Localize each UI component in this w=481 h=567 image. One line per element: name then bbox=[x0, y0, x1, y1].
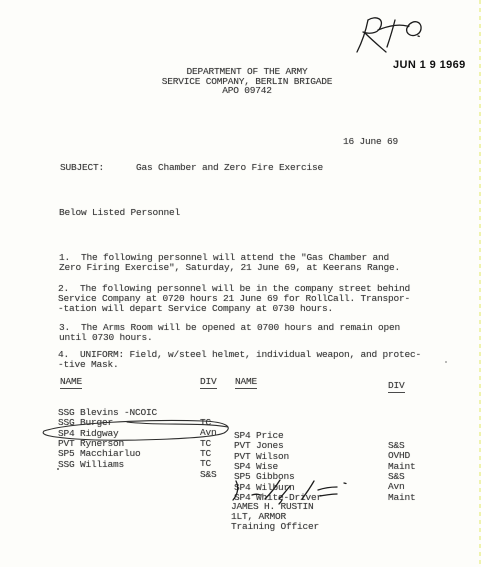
roster-header-div-left: DIV bbox=[200, 377, 217, 389]
paragraph-2: 2. The following personnel will be in th… bbox=[58, 284, 410, 314]
roster-header-name-left: NAME bbox=[60, 377, 82, 389]
circle-annotation-icon bbox=[38, 416, 248, 446]
signatory-title: Training Officer bbox=[231, 522, 319, 532]
subject-text: Gas Chamber and Zero Fire Exercise bbox=[136, 163, 323, 173]
paragraph-4: 4. UNIFORM: Field, w/steel helmet, indiv… bbox=[58, 350, 421, 370]
roster-div-left: S&S bbox=[200, 470, 217, 480]
paragraph-1: 1. The following personnel will attend t… bbox=[59, 253, 400, 273]
subject-label: SUBJECT: bbox=[60, 163, 104, 173]
letterhead: DEPARTMENT OF THE ARMY SERVICE COMPANY, … bbox=[122, 67, 372, 96]
scan-speck bbox=[445, 361, 447, 363]
scanned-memo-page: JUN 1 9 1969 DEPARTMENT OF THE ARMY SERV… bbox=[0, 0, 481, 567]
date-stamp: JUN 1 9 1969 bbox=[393, 59, 466, 71]
document-date: 16 June 69 bbox=[343, 137, 398, 147]
roster-header-name-right: NAME bbox=[235, 377, 257, 389]
roster-header-row: NAME DIV NAME DIV bbox=[0, 0, 33, 60]
handwritten-initials-icon bbox=[352, 14, 432, 56]
roster-header-div-right: DIV bbox=[388, 381, 405, 393]
paragraph-3: 3. The Arms Room will be opened at 0700 … bbox=[59, 323, 400, 343]
addressee: Below Listed Personnel bbox=[59, 208, 180, 218]
scan-speck bbox=[57, 468, 59, 470]
roster-div-right: Maint bbox=[388, 493, 416, 503]
roster-row: SP4 White-Driver bbox=[0, 460, 481, 471]
